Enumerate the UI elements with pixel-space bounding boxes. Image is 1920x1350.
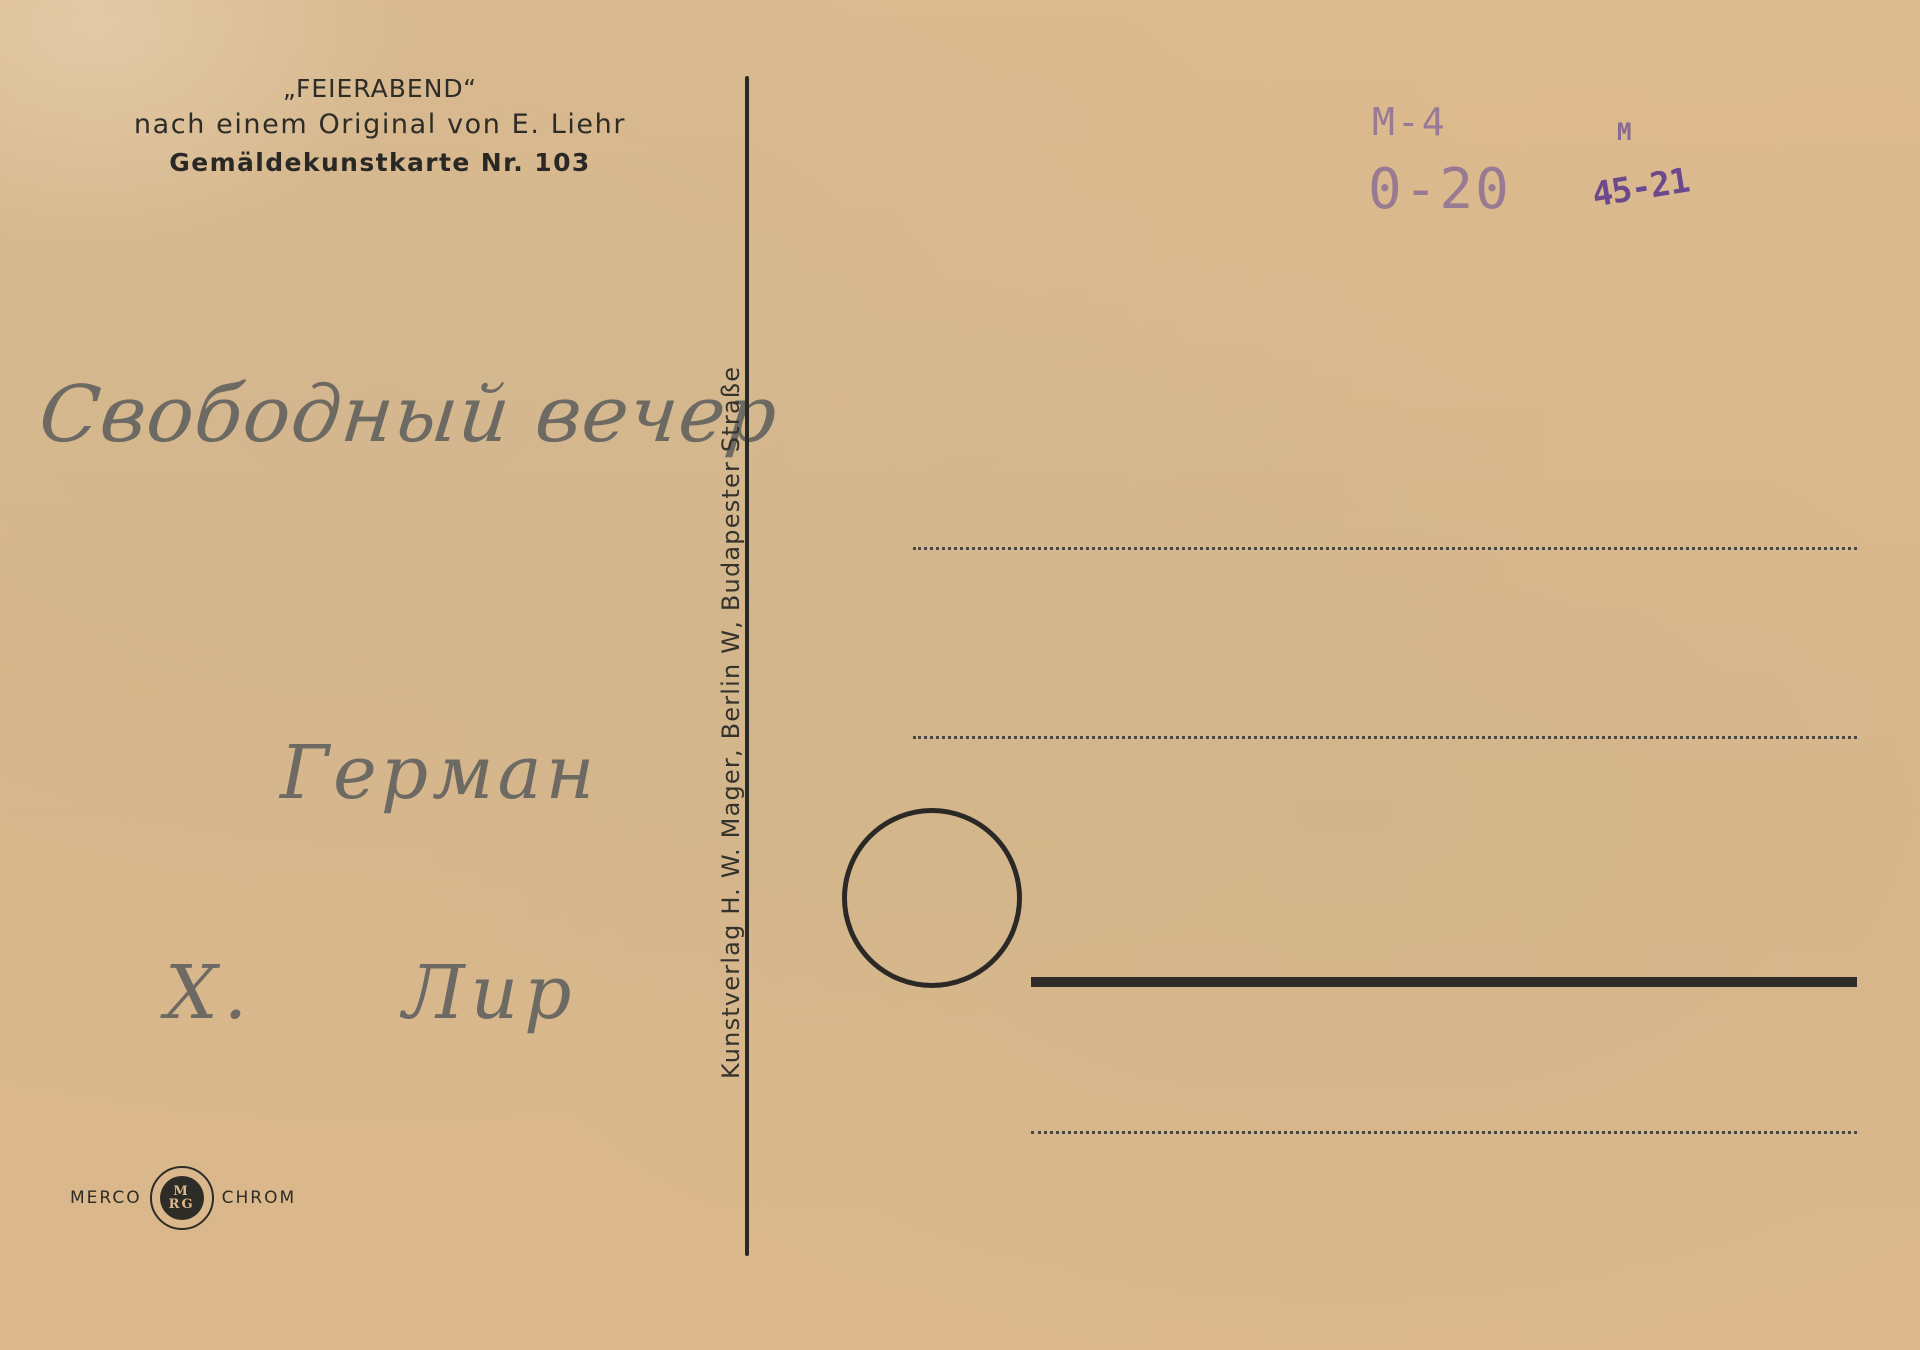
ink-stamp-020: 0-20	[1368, 157, 1511, 222]
address-line-1	[913, 547, 1857, 550]
logo-mark-bottom: RG	[169, 1198, 195, 1211]
address-line-2	[913, 736, 1857, 739]
card-series-number: Gemäldekunstkarte Nr. 103	[100, 144, 660, 182]
handwritten-country: Герман	[280, 730, 598, 816]
center-divider	[745, 76, 749, 1256]
address-line-4	[1031, 1131, 1857, 1134]
card-caption: „FEIERABEND“ nach einem Original von E. …	[100, 72, 660, 182]
ink-stamp-m: M	[1617, 118, 1631, 146]
ink-stamp-m4: M-4	[1372, 100, 1447, 144]
ink-stamp-4521: 45-21	[1589, 161, 1691, 216]
address-line-3-solid	[1031, 977, 1857, 987]
artwork-attribution: nach einem Original von E. Liehr	[100, 106, 660, 144]
artwork-title: „FEIERABEND“	[100, 72, 660, 106]
publisher-imprint: Kunstverlag H. W. Mager, Berlin W, Budap…	[718, 239, 744, 1079]
logo-text-left: MERCO	[70, 1188, 142, 1208]
mercochrom-logo: MERCO M RG CHROM	[70, 1168, 296, 1228]
logo-text-right: CHROM	[222, 1188, 297, 1208]
publisher-text: Kunstverlag H. W. Mager, Berlin W, Budap…	[718, 239, 744, 1079]
logo-emblem-icon: M RG	[150, 1166, 214, 1230]
postcard-back: „FEIERABEND“ nach einem Original von E. …	[0, 0, 1920, 1350]
handwritten-title: Свободный вечер	[35, 370, 782, 460]
handwritten-artist: Х. Лир	[165, 950, 578, 1036]
postage-circle-icon	[842, 808, 1022, 988]
